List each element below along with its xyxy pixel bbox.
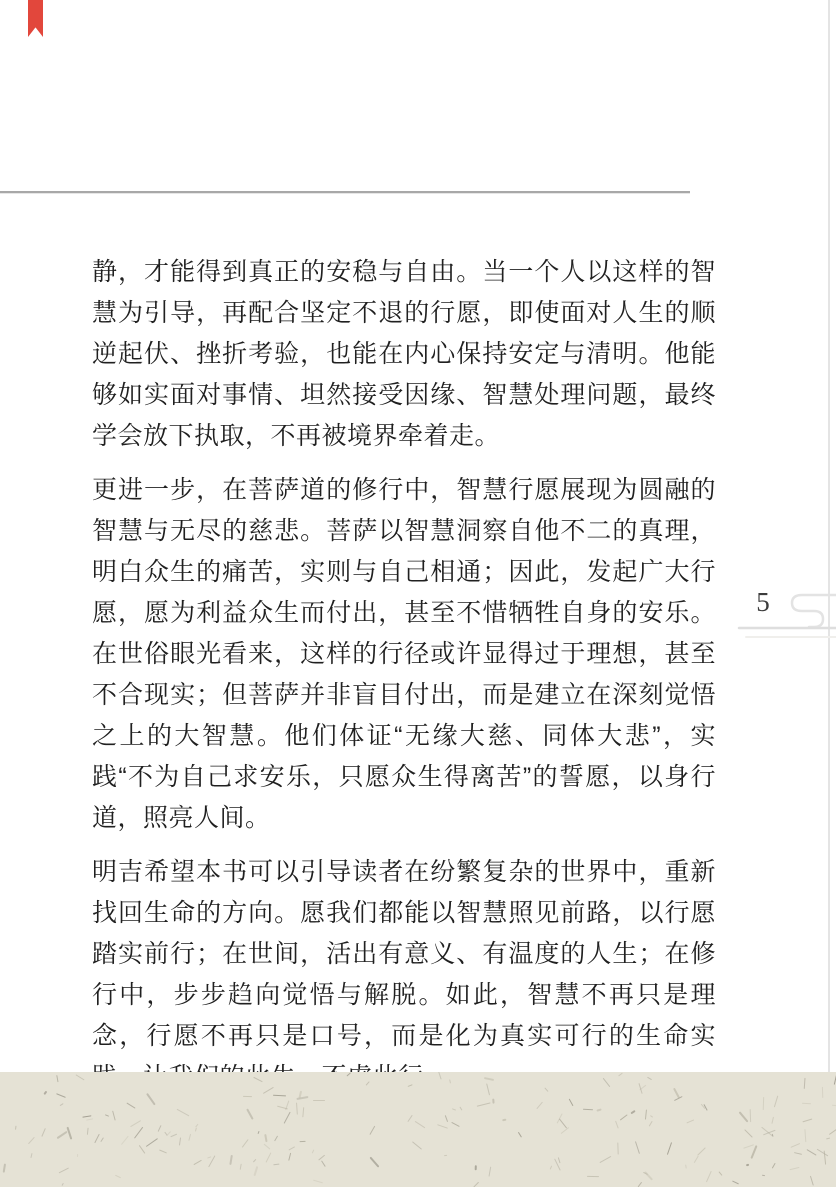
- paper-fiber-speckle: [193, 1160, 201, 1165]
- paper-fiber-speckle: [264, 1143, 271, 1149]
- paper-fiber-speckle: [86, 1127, 88, 1135]
- paper-fiber-speckle: [559, 1118, 567, 1128]
- paper-fiber-speckle: [484, 1077, 494, 1081]
- paper-fiber-speckle: [194, 1127, 196, 1131]
- paper-fiber-speckle: [794, 1152, 802, 1155]
- paper-fiber-speckle: [791, 1167, 800, 1170]
- paper-fiber-speckle: [744, 1129, 752, 1137]
- paper-fiber-speckle: [751, 1145, 758, 1159]
- paper-fiber-speckle: [536, 1102, 543, 1110]
- paper-fiber-speckle: [41, 1128, 45, 1137]
- cloud-ornament-icon: [726, 586, 836, 646]
- paper-fiber-speckle: [146, 1139, 158, 1148]
- paper-fiber-speckle: [274, 1135, 278, 1141]
- paper-fiber-speckle: [685, 1164, 687, 1168]
- paper-fiber-speckle: [774, 1095, 778, 1107]
- paper-fiber-speckle: [82, 1115, 91, 1117]
- paper-fiber-speckle: [826, 1137, 830, 1139]
- paper-fiber-speckle: [790, 1143, 800, 1148]
- paper-fiber-speckle: [644, 1171, 653, 1181]
- paper-fiber-speckle: [164, 1132, 167, 1135]
- paper-fiber-speckle: [28, 1136, 35, 1143]
- paper-fiber-speckle: [370, 1156, 380, 1167]
- paper-fiber-speckle: [583, 1109, 593, 1111]
- reader-page: 静，才能得到真正的安稳与自由。当一个人以这样的智慧为引导，再配合坚定不退的行愿，…: [0, 0, 836, 1187]
- paper-fiber-speckle: [56, 1075, 58, 1082]
- paper-fiber-speckle: [645, 1109, 647, 1119]
- paper-fiber-speckle: [832, 1105, 836, 1106]
- paper-fiber-speckle: [615, 1121, 619, 1129]
- paper-fiber-speckle: [112, 1110, 116, 1120]
- paper-fiber-speckle: [544, 1088, 548, 1092]
- paper-fiber-speckle: [58, 1168, 69, 1174]
- paper-fiber-speckle: [647, 1077, 652, 1081]
- paper-fiber-speckle: [321, 1161, 325, 1167]
- paper-fiber-speckle: [635, 1141, 640, 1154]
- paper-fiber-speckle: [296, 1103, 298, 1115]
- paper-fiber-speckle: [415, 1121, 425, 1128]
- paper-fiber-speckle: [288, 1147, 295, 1151]
- paper-fiber-speckle: [694, 1156, 699, 1164]
- paper-fiber-speckle: [195, 1124, 198, 1128]
- paper-fiber-speckle: [273, 1095, 286, 1097]
- paper-fiber-speckle: [412, 1141, 422, 1149]
- paper-fiber-speckle: [127, 1103, 136, 1109]
- header-rule: [0, 191, 690, 193]
- paper-fiber-speckle: [739, 1111, 749, 1122]
- paper-fiber-speckle: [246, 1109, 253, 1120]
- paper-fiber-speckle: [489, 1166, 492, 1176]
- paragraph: 明吉希望本书可以引导读者在纷繁复杂的世界中，重新找回生命的方向。愿我们都能以智慧…: [92, 852, 716, 1098]
- paper-fiber-speckle: [743, 1144, 754, 1149]
- paper-fiber-speckle: [188, 1134, 191, 1141]
- paper-fiber-speckle: [439, 1072, 442, 1079]
- paper-fiber-speckle: [587, 1176, 599, 1177]
- paper-fiber-speckle: [810, 1176, 814, 1185]
- paper-fiber-speckle: [649, 1121, 653, 1126]
- paper-fiber-speckle: [302, 1107, 304, 1118]
- paragraph: 静，才能得到真正的安稳与自由。当一个人以这样的智慧为引导，再配合坚定不退的行愿，…: [92, 252, 716, 457]
- paper-fiber-speckle: [492, 1099, 494, 1104]
- paper-fiber-speckle: [762, 1175, 765, 1177]
- paper-fiber-speckle: [30, 1153, 32, 1158]
- paper-fiber-speckle: [312, 1150, 315, 1154]
- paper-fiber-speckle: [706, 1171, 712, 1182]
- paper-fiber-speckle: [265, 1153, 271, 1163]
- paper-fiber-speckle: [289, 1153, 292, 1161]
- paper-fiber-speckle: [674, 1096, 682, 1101]
- paper-fiber-speckle: [284, 1111, 291, 1123]
- paper-fiber-speckle: [650, 1115, 653, 1118]
- paper-fiber-speckle: [241, 1139, 248, 1148]
- paper-fiber-speckle: [229, 1155, 233, 1165]
- paper-fiber-speckle: [62, 1183, 64, 1186]
- paper-fiber-speckle: [444, 1154, 447, 1155]
- paper-fiber-speckle: [369, 1126, 375, 1136]
- paper-fiber-speckle: [803, 1078, 805, 1089]
- paper-fiber-speckle: [346, 1072, 351, 1076]
- paper-fiber-speckle: [159, 1150, 167, 1154]
- paper-fiber-speckle: [170, 1133, 177, 1137]
- paper-fiber-speckle: [300, 1141, 306, 1142]
- paper-fiber-speckle: [763, 1097, 764, 1110]
- paper-fiber-speckle: [829, 1126, 836, 1135]
- paper-fiber-speckle: [697, 1148, 706, 1156]
- page-content: 静，才能得到真正的安稳与自由。当一个人以这样的智慧为引导，再配合坚定不退的行愿，…: [92, 252, 716, 1111]
- paper-fiber-speckle: [804, 1129, 806, 1142]
- paper-fiber-speckle: [618, 1073, 623, 1077]
- paper-fiber-speckle: [60, 1103, 64, 1106]
- paper-fiber-speckle: [568, 1099, 573, 1107]
- paper-fiber-speckle: [822, 1087, 823, 1098]
- paper-fiber-speckle: [772, 1163, 776, 1168]
- paper-fiber-speckle: [15, 1125, 16, 1129]
- paper-fiber-speckle: [86, 1118, 93, 1120]
- paper-fiber-speckle: [265, 1134, 268, 1142]
- paper-fiber-speckle: [686, 1120, 694, 1124]
- paper-fiber-speckle: [638, 1182, 642, 1187]
- paper-texture-footer: [0, 1072, 836, 1187]
- paper-fiber-speckle: [475, 1165, 477, 1171]
- paper-fiber-speckle: [451, 1122, 460, 1127]
- paper-fiber-speckle: [459, 1107, 462, 1111]
- paper-fiber-speckle: [557, 1157, 560, 1163]
- page-number-area: 5: [726, 586, 836, 646]
- page-number: 5: [748, 588, 778, 616]
- paper-fiber-speckle: [666, 1143, 671, 1156]
- paper-fiber-speckle: [631, 1110, 636, 1114]
- paper-fiber-speckle: [518, 1132, 522, 1137]
- paper-fiber-speckle: [44, 1090, 48, 1095]
- paper-fiber-speckle: [750, 1109, 751, 1122]
- paper-fiber-speckle: [158, 1125, 162, 1132]
- paper-fiber-speckle: [732, 1181, 739, 1185]
- paper-fiber-speckle: [474, 1182, 479, 1187]
- paper-fiber-speckle: [602, 1077, 610, 1086]
- paper-fiber-speckle: [437, 1124, 448, 1129]
- paper-fiber-speckle: [550, 1165, 552, 1169]
- paper-fiber-speckle: [94, 1133, 99, 1142]
- paper-fiber-speckle: [253, 1076, 262, 1081]
- paper-fiber-speckle: [823, 1150, 825, 1164]
- paper-fiber-speckle: [719, 1171, 723, 1175]
- paper-fiber-speckle: [134, 1127, 143, 1138]
- paper-fiber-speckle: [56, 1093, 65, 1098]
- paper-fiber-speckle: [253, 1159, 256, 1162]
- paper-fiber-speckle: [3, 1164, 6, 1173]
- paper-fiber-speckle: [273, 1164, 279, 1166]
- paper-fiber-speckle: [207, 1156, 211, 1158]
- paper-fiber-speckle: [816, 1148, 827, 1156]
- paper-fiber-speckle: [486, 1083, 490, 1095]
- paper-fiber-speckle: [772, 1134, 774, 1138]
- paper-fiber-speckle: [620, 1115, 628, 1121]
- paper-fiber-speckle: [746, 1163, 750, 1166]
- paper-fiber-speckle: [313, 1100, 325, 1101]
- paper-fiber-speckle: [176, 1109, 189, 1117]
- paper-fiber-speckle: [477, 1102, 491, 1106]
- paper-fiber-speckle: [243, 1096, 252, 1097]
- paper-fiber-speckle: [75, 1074, 84, 1080]
- paper-fiber-speckle: [502, 1118, 507, 1121]
- paper-fiber-speckle: [806, 1149, 816, 1156]
- paper-fiber-speckle: [449, 1080, 451, 1084]
- paper-fiber-speckle: [57, 1131, 68, 1139]
- paper-fiber-speckle: [67, 1127, 73, 1140]
- paper-fiber-speckle: [263, 1087, 274, 1094]
- paper-fiber-speckle: [146, 1093, 155, 1105]
- paper-fiber-speckle: [597, 1108, 602, 1111]
- paper-fiber-speckle: [640, 1085, 647, 1090]
- paper-fiber-speckle: [802, 1118, 812, 1122]
- paper-fiber-speckle: [253, 1166, 258, 1176]
- page-edge-line: [828, 0, 830, 1072]
- paper-fiber-speckle: [600, 1156, 612, 1163]
- paper-fiber-speckle: [130, 1120, 140, 1127]
- paper-fiber-speckle: [617, 1142, 618, 1154]
- paper-fiber-speckle: [452, 1109, 456, 1111]
- paper-fiber-speckle: [407, 1115, 412, 1122]
- paper-fiber-speckle: [408, 1084, 413, 1087]
- paper-fiber-speckle: [139, 1145, 146, 1154]
- paper-fiber-speckle: [772, 1117, 775, 1124]
- bookmark-ribbon-icon[interactable]: [28, 0, 43, 37]
- paper-fiber-speckle: [258, 1131, 260, 1134]
- paper-fiber-speckle: [105, 1115, 109, 1117]
- paper-fiber-speckle: [120, 1136, 128, 1146]
- paper-fiber-speckle: [445, 1115, 448, 1122]
- paper-fiber-speckle: [240, 1164, 242, 1170]
- paper-fiber-speckle: [77, 1154, 78, 1157]
- paper-fiber-speckle: [115, 1175, 121, 1178]
- paper-fiber-speckle: [179, 1138, 181, 1146]
- paragraph: 更进一步，在菩萨道的修行中，智慧行愿展现为圆融的智慧与无尽的慈悲。菩萨以智慧洞察…: [92, 470, 716, 839]
- paper-fiber-speckle: [313, 1179, 323, 1183]
- paper-fiber-speckle: [802, 1103, 811, 1104]
- paper-fiber-speckle: [365, 1081, 369, 1086]
- paper-fiber-speckle: [101, 1138, 104, 1142]
